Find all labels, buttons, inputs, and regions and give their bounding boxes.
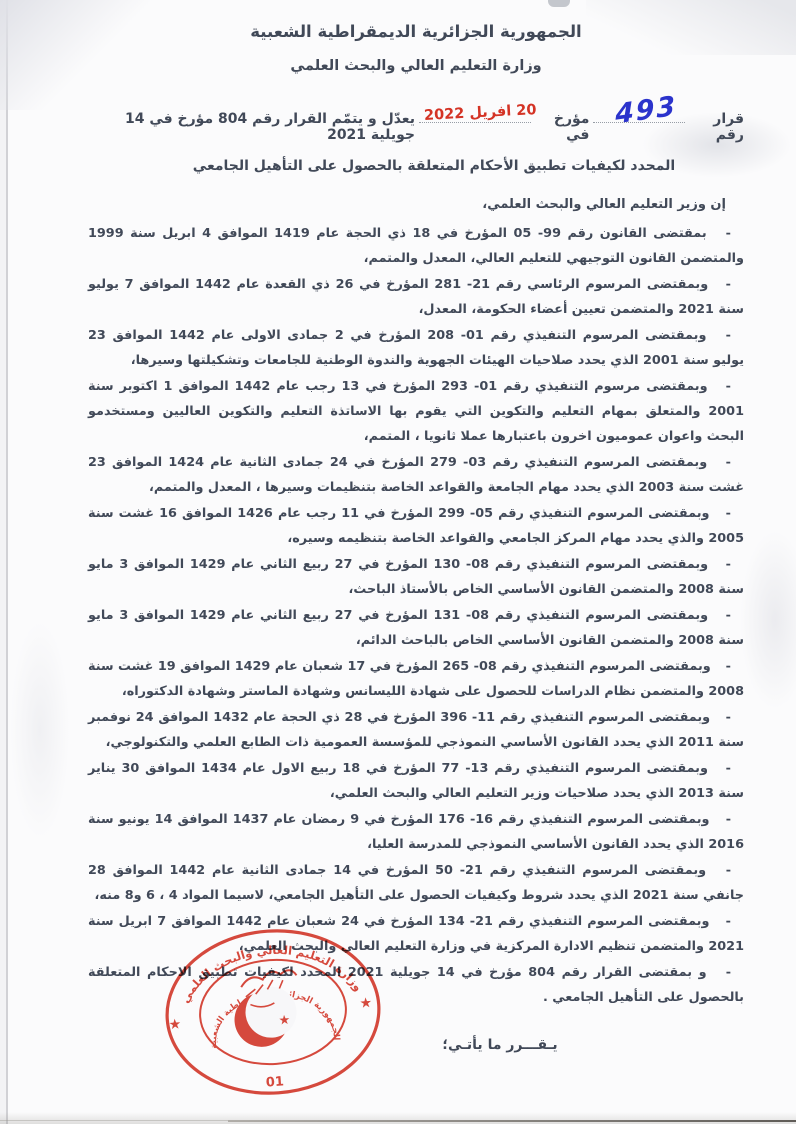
scan-artifact-bottom-edge-line-left	[0, 1120, 228, 1121]
consideration-item: - وبمقتضى المرسوم التنفيذي رقم 08- 265 ا…	[88, 654, 744, 704]
date-stamp-text: 20 افريل 2022	[424, 102, 537, 124]
scan-artifact-right-blotch-2	[740, 530, 796, 710]
consideration-item: - وبمقتضى المرسوم التنفيذي رقم 13- 77 ال…	[88, 756, 744, 806]
bullet-dash: -	[720, 812, 731, 827]
bullet-dash: -	[720, 710, 731, 725]
date-blank: 20 افريل 2022	[419, 107, 531, 123]
amendment-text: يعدّل و يتمّم القرار رقم 804 مؤرخ في 14 …	[88, 111, 415, 143]
bullet-dash: -	[720, 226, 731, 241]
bullet-dash: -	[720, 914, 731, 929]
consideration-item: - وبمقتضى المرسوم التنفيذي رقم 11- 396 ا…	[88, 705, 744, 755]
consideration-item: - وبمقتضى المرسوم التنفيذي رقم 08- 130 ا…	[88, 552, 744, 602]
stamp-emblem-crescent-icon: ★	[231, 970, 301, 1049]
consideration-item: - وبمقتضى المرسوم التنفيذي رقم 21- 50 ال…	[88, 858, 744, 908]
scan-artifact-left-blotch	[10, 620, 70, 840]
official-stamp: وزارة التعليم العالي والبحث العلمي الجمه…	[151, 913, 395, 1111]
bullet-dash: -	[720, 608, 731, 623]
preamble: إن وزير التعليم العالي والبحث العلمي،	[88, 197, 744, 212]
bullet-dash: -	[720, 455, 731, 470]
scanned-decree-page: الجمهورية الجزائرية الديمقراطية الشعبية …	[0, 0, 796, 1124]
ministry-title: وزارة التعليم العالي والبحث العلمي	[88, 58, 744, 74]
decree-subject: المحدد لكيفيات تطبيق الأحكام المتعلقة با…	[106, 158, 762, 174]
scan-artifact-bottom-shadow	[0, 1112, 796, 1124]
consideration-item: - وبمقتضى المرسوم التنفيذي رقم 16- 176 ا…	[88, 807, 744, 857]
bullet-dash: -	[720, 761, 731, 776]
country-title: الجمهورية الجزائرية الديمقراطية الشعبية	[88, 0, 744, 41]
handwritten-decree-number: 493	[615, 91, 678, 131]
document-content: الجمهورية الجزائرية الديمقراطية الشعبية …	[88, 0, 744, 1053]
consideration-item: - وبمقتضى مرسوم التنفيذي رقم 01- 293 الم…	[88, 374, 744, 449]
bullet-dash: -	[720, 506, 731, 521]
bullet-dash: -	[720, 328, 731, 343]
scan-artifact-bottom-edge-line	[228, 1120, 796, 1122]
decree-title-line: قرار رقم 493 مؤرخ في 20 افريل 2022 يعدّل…	[88, 107, 744, 143]
consideration-item: - وبمقتضى المرسوم الرئاسي رقم 21- 281 ال…	[88, 272, 744, 322]
bullet-dash: -	[720, 277, 731, 292]
bullet-dash: -	[720, 863, 731, 878]
decree-number-blank: 493	[593, 107, 685, 123]
bullet-dash: -	[720, 965, 731, 980]
bullet-dash: -	[720, 659, 731, 674]
consideration-item: - وبمقتضى المرسوم التنفيذي رقم 01- 208 ا…	[88, 323, 744, 373]
consideration-item: - وبمقتضى المرسوم التنفيذي رقم 05- 299 ا…	[88, 501, 744, 551]
stamp-number: 01	[265, 1074, 284, 1090]
consideration-item: - وبمقتضى المرسوم التنفيذي رقم 03- 279 ا…	[88, 450, 744, 500]
stamp-left-star-icon: ★	[168, 1016, 182, 1033]
stamp-right-star-icon: ★	[359, 995, 373, 1012]
considerations-list: - بمقتضى القانون رقم 99- 05 المؤرخ في 18…	[88, 221, 744, 1010]
scan-artifact-left-edge-line	[6, 0, 8, 1124]
decree-number-label: قرار رقم	[689, 111, 744, 143]
dated-label: مؤرخ في	[535, 111, 590, 143]
consideration-item: - وبمقتضى المرسوم التنفيذي رقم 08- 131 ا…	[88, 603, 744, 653]
scan-artifact-left-strip	[0, 0, 6, 1124]
consideration-item: - بمقتضى القانون رقم 99- 05 المؤرخ في 18…	[88, 221, 744, 271]
stamp-emblem-star-icon: ★	[278, 1013, 291, 1029]
bullet-dash: -	[720, 557, 731, 572]
bullet-dash: -	[720, 379, 731, 394]
